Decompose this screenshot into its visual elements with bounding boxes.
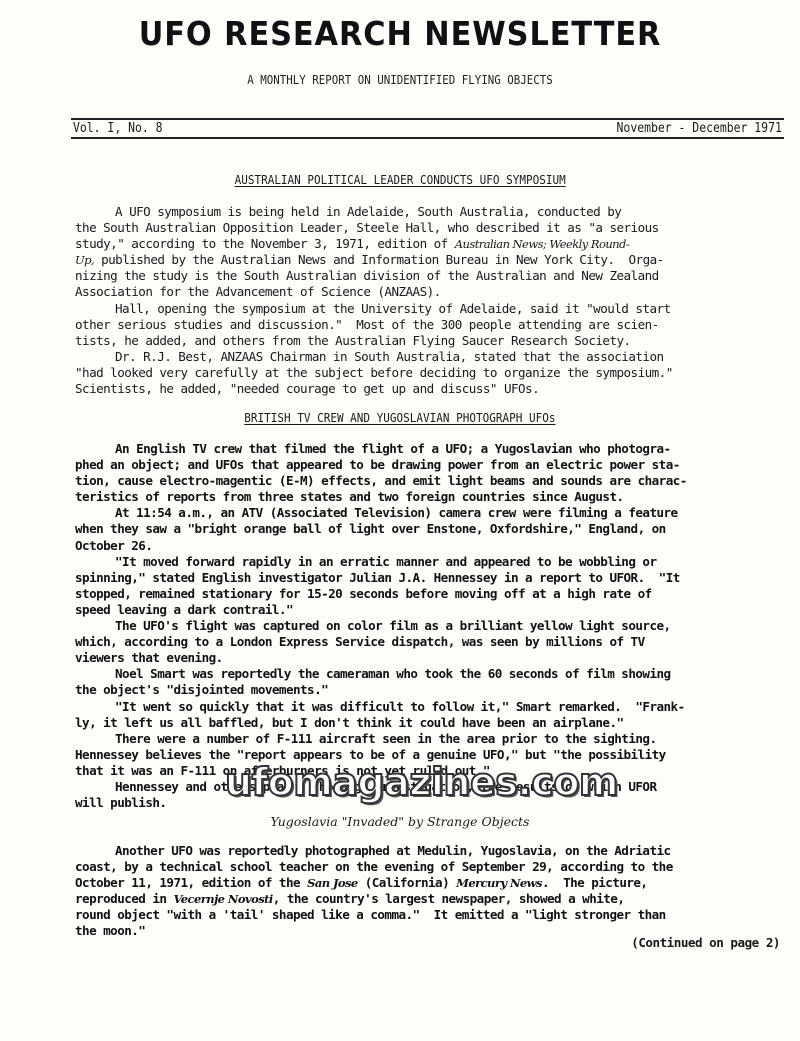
text-line: nizing the study is the South Australian… [75,268,795,284]
text-line: Up, published by the Australian News and… [75,252,795,268]
article-1-body: A UFO symposium is being held in Adelaid… [75,204,795,397]
text-line: study," according to the November 3, 197… [75,236,795,252]
text-line: "It moved forward rapidly in an erratic … [75,554,795,570]
text-line: when they saw a "bright orange ball of l… [75,521,795,537]
text-line: Association for the Advancement of Scien… [75,284,795,300]
text-line: phed an object; and UFOs that appeared t… [75,457,795,473]
text-line: A UFO symposium is being held in Adelaid… [75,204,795,220]
newsletter-subtitle: A MONTHLY REPORT ON UNIDENTIFIED FLYING … [40,73,760,87]
text-line: October 11, 1971, edition of the San Jos… [75,875,795,891]
text-line: There were a number of F-111 aircraft se… [75,731,795,747]
text-line: reproduced in Vecernje Novosti, the coun… [75,891,795,907]
article-2-heading: BRITISH TV CREW AND YUGOSLAVIAN PHOTOGRA… [0,410,800,425]
issue-date: November - December 1971 [617,120,782,137]
text-line: teristics of reports from three states a… [75,489,795,505]
text-line: At 11:54 a.m., an ATV (Associated Televi… [75,505,795,521]
continued-note: (Continued on page 2) [631,935,780,950]
text-line: Noel Smart was reportedly the cameraman … [75,666,795,682]
text-line: round object "with a 'tail' shaped like … [75,907,795,923]
text-line: spinning," stated English investigator J… [75,570,795,586]
article-2-body: An English TV crew that filmed the fligh… [75,441,795,811]
text-line: Another UFO was reportedly photographed … [75,843,795,859]
text-line: speed leaving a dark contrail." [75,602,795,618]
newsletter-title: UFO RESEARCH NEWSLETTER [32,14,768,53]
text-line: viewers that evening. [75,650,795,666]
text-line: which, according to a London Express Ser… [75,634,795,650]
text-line: October 26. [75,538,795,554]
text-line: ly, it left us all baffled, but I don't … [75,715,795,731]
text-line: tion, cause electro-magentic (E-M) effec… [75,473,795,489]
text-line: Scientists, he added, "needed courage to… [75,381,795,397]
newsletter-page: UFO RESEARCH NEWSLETTER A MONTHLY REPORT… [0,0,800,1041]
text-line: "It went so quickly that it was difficul… [75,699,795,715]
watermark: ufomagazines.com [225,760,585,804]
text-line: The UFO's flight was captured on color f… [75,618,795,634]
text-line: tists, he added, and others from the Aus… [75,333,795,349]
text-line: "had looked very carefully at the subjec… [75,365,795,381]
text-line: An English TV crew that filmed the fligh… [75,441,795,457]
article-3-subheading: Yugoslavia "Invaded" by Strange Objects [0,814,800,829]
text-line: Dr. R.J. Best, ANZAAS Chairman in South … [75,349,795,365]
text-line: the South Australian Opposition Leader, … [75,220,795,236]
text-line: other serious studies and discussion." M… [75,317,795,333]
text-line: the object's "disjointed movements." [75,682,795,698]
text-line: stopped, remained stationary for 15-20 s… [75,586,795,602]
text-line: Hall, opening the symposium at the Unive… [75,301,795,317]
text-line: coast, by a technical school teacher on … [75,859,795,875]
article-1-heading: AUSTRALIAN POLITICAL LEADER CONDUCTS UFO… [0,172,800,187]
article-3-body: Another UFO was reportedly photographed … [75,843,795,940]
issue-bar: Vol. I, No. 8 November - December 1971 [71,118,784,139]
volume-number: Vol. I, No. 8 [73,120,163,137]
